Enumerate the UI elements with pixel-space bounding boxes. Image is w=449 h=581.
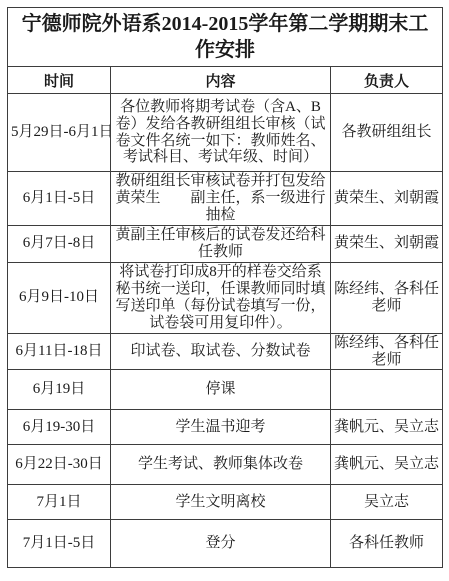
time-cell: 6月19日 [8,370,111,410]
owner-cell: 黄荣生、刘朝霞 [331,172,443,226]
content-cell: 学生温书迎考 [111,410,331,445]
schedule-table: 宁德师院外语系2014-2015学年第二学期期末工作安排 时间 内容 负责人 5… [7,7,443,568]
header-content: 内容 [111,67,331,94]
content-cell: 教研组组长审核试卷并打包发给黄荣生 副主任，系一级进行抽检 [111,172,331,226]
time-cell: 7月1日 [8,485,111,520]
header-owner: 负责人 [331,67,443,94]
owner-cell: 陈经纬、各科任老师 [331,262,443,333]
time-cell: 6月1日-5日 [8,172,111,226]
table-row: 6月1日-5日 教研组组长审核试卷并打包发给黄荣生 副主任，系一级进行抽检 黄荣… [8,172,443,226]
owner-cell: 吴立志 [331,485,443,520]
page-title: 宁德师院外语系2014-2015学年第二学期期末工作安排 [8,8,443,67]
owner-cell [331,370,443,410]
document-page: 宁德师院外语系2014-2015学年第二学期期末工作安排 时间 内容 负责人 5… [0,0,449,581]
time-cell: 6月9日-10日 [8,262,111,333]
header-time: 时间 [8,67,111,94]
table-row: 6月19日 停课 [8,370,443,410]
time-cell: 6月11日-18日 [8,333,111,370]
table-row: 6月7日-8日 黄副主任审核后的试卷发还给科任教师 黄荣生、刘朝霞 [8,225,443,262]
table-title-row: 宁德师院外语系2014-2015学年第二学期期末工作安排 [8,8,443,67]
table-row: 7月1日 学生文明离校 吴立志 [8,485,443,520]
content-cell: 学生文明离校 [111,485,331,520]
table-row: 6月11日-18日 印试卷、取试卷、分数试卷 陈经纬、各科任老师 [8,333,443,370]
content-cell: 印试卷、取试卷、分数试卷 [111,333,331,370]
content-cell: 停课 [111,370,331,410]
time-cell: 7月1日-5日 [8,520,111,568]
time-cell: 6月19-30日 [8,410,111,445]
content-cell: 学生考试、教师集体改卷 [111,445,331,485]
time-cell: 5月29日-6月1日 [8,94,111,172]
owner-cell: 各科任教师 [331,520,443,568]
content-cell: 黄副主任审核后的试卷发还给科任教师 [111,225,331,262]
owner-cell: 龚帆元、吴立志 [331,410,443,445]
table-header-row: 时间 内容 负责人 [8,67,443,94]
content-cell: 各位教师将期考试卷（含A、B卷）发给各教研组组长审核（试卷文件名统一如下：教师姓… [111,94,331,172]
table-row: 6月9日-10日 将试卷打印成8开的样卷交给系秘书统一送印，任课教师同时填写送印… [8,262,443,333]
time-cell: 6月7日-8日 [8,225,111,262]
owner-cell: 陈经纬、各科任老师 [331,333,443,370]
table-row: 5月29日-6月1日 各位教师将期考试卷（含A、B卷）发给各教研组组长审核（试卷… [8,94,443,172]
owner-cell: 各教研组组长 [331,94,443,172]
owner-cell: 黄荣生、刘朝霞 [331,225,443,262]
table-row: 7月1日-5日 登分 各科任教师 [8,520,443,568]
table-row: 6月19-30日 学生温书迎考 龚帆元、吴立志 [8,410,443,445]
table-row: 6月22日-30日 学生考试、教师集体改卷 龚帆元、吴立志 [8,445,443,485]
time-cell: 6月22日-30日 [8,445,111,485]
content-cell: 登分 [111,520,331,568]
content-cell: 将试卷打印成8开的样卷交给系秘书统一送印，任课教师同时填写送印单（每份试卷填写一… [111,262,331,333]
owner-cell: 龚帆元、吴立志 [331,445,443,485]
